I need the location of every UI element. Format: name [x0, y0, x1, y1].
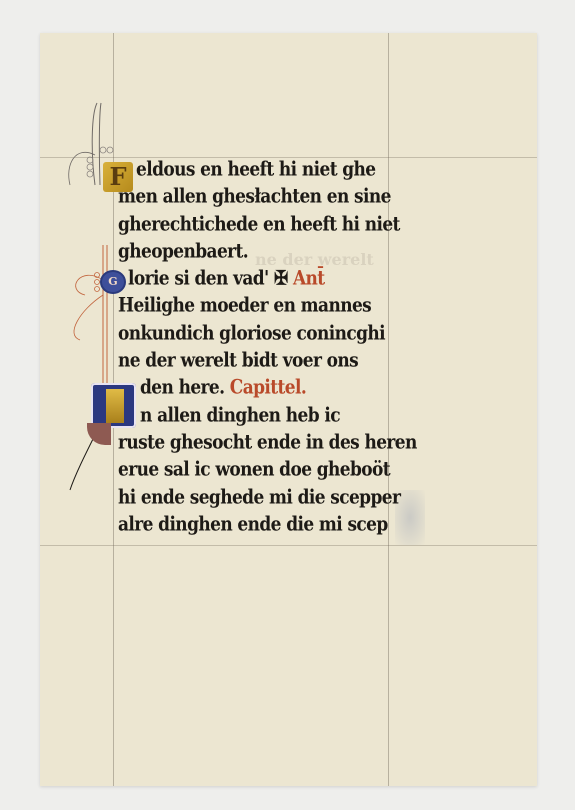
rubric-antiphon: Ant̄ [293, 268, 325, 291]
text-line-5-body: lorie si den vad' ✠ [128, 268, 288, 291]
rubric-chapter: Capittel. [230, 377, 306, 400]
text-line-9-body: den here. [140, 377, 224, 400]
manuscript-text: eldous en heeft hi niet ghe men allen gh… [118, 157, 408, 539]
text-line-2: men allen ghesłachten en sine [118, 182, 408, 213]
ruling-line-bottom [40, 545, 537, 546]
text-line-12: erue sal ic wonen doe gheboöt [118, 455, 408, 486]
text-line-14: alre dinghen ende die mi scep [118, 510, 408, 541]
